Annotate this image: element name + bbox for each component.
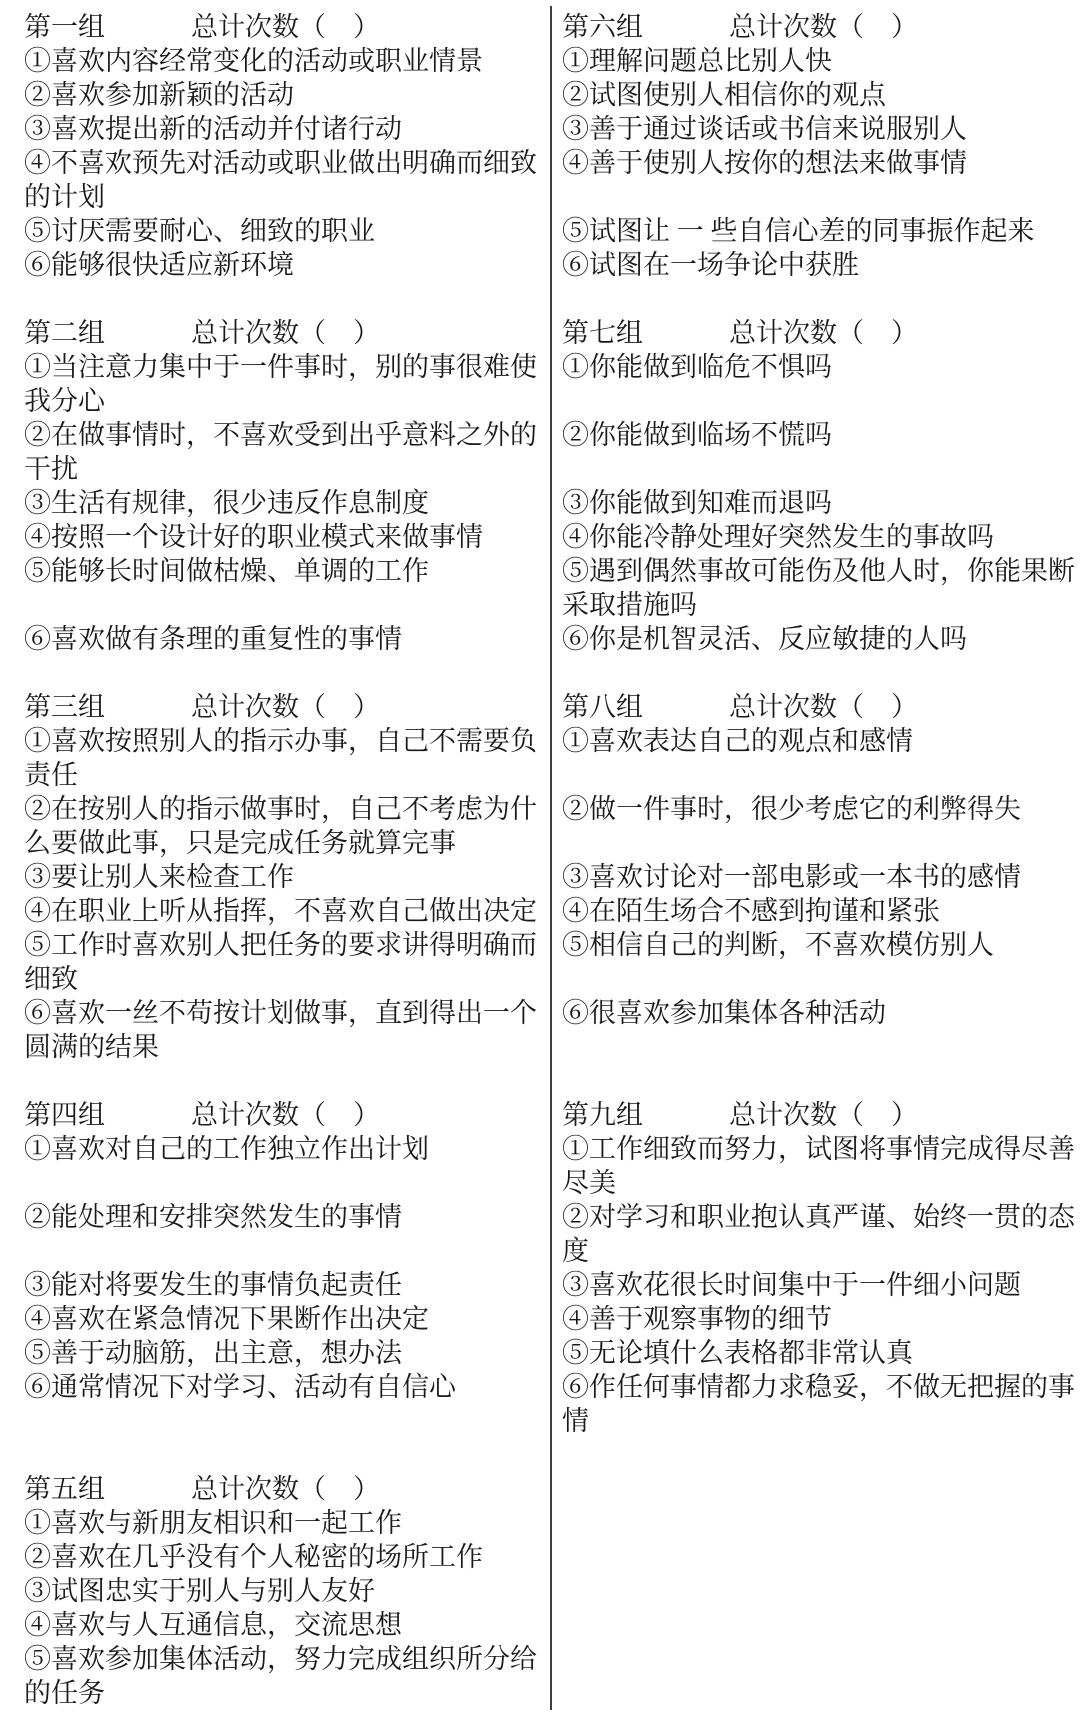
- item-number: ⑥: [24, 1372, 51, 1402]
- item-number: ④: [24, 1304, 51, 1334]
- item-text: 遇到偶然事故可能伤及他人时，你能果断采取措施吗: [562, 556, 1075, 620]
- item-row: ⑤善于动脑筋，出主意，想办法: [24, 1336, 540, 1370]
- item-text: 喜欢一丝不苟按计划做事，直到得出一个圆满的结果: [24, 998, 537, 1062]
- item-row: ①喜欢表达自己的观点和感情: [562, 724, 1078, 758]
- column-left: 第一组总计次数（ ）①喜欢内容经常变化的活动或职业情景②喜欢参加新颖的活动③喜欢…: [24, 10, 540, 1710]
- item-text: 很喜欢参加集体各种活动: [589, 998, 886, 1028]
- question-group: 第三组总计次数（ ）①喜欢按照别人的指示办事，自己不需要负责任②在按别人的指示做…: [24, 690, 540, 1064]
- item-text: 在按别人的指示做事时，自己不考虑为什么要做此事，只是完成任务就算完事: [24, 794, 537, 858]
- item-row: ③能对将要发生的事情负起责任: [24, 1268, 540, 1302]
- item-row: ②试图使别人相信你的观点: [562, 78, 1078, 112]
- item-row: ④在陌生场合不感到拘谨和紧张: [562, 894, 1078, 928]
- item-text: 能够很快适应新环境: [51, 250, 294, 280]
- item-number: ③: [562, 114, 589, 144]
- item-number: ⑤: [562, 216, 589, 246]
- item-number: ③: [24, 862, 51, 892]
- total-count-label: 总计次数（ ）: [729, 318, 918, 348]
- item-row: ⑥试图在一场争论中获胜: [562, 248, 1078, 282]
- item-row: ⑤遇到偶然事故可能伤及他人时，你能果断采取措施吗: [562, 554, 1078, 622]
- item-text: 对学习和职业抱认真严谨、始终一贯的态度: [562, 1202, 1075, 1266]
- item-number: ⑥: [24, 624, 51, 654]
- item-text: 试图使别人相信你的观点: [589, 80, 886, 110]
- item-row: ③试图忠实于别人与别人友好: [24, 1574, 540, 1608]
- item-text: 能对将要发生的事情负起责任: [51, 1270, 402, 1300]
- item-text: 生活有规律，很少违反作息制度: [51, 488, 429, 518]
- item-number: ⑤: [562, 1338, 589, 1368]
- item-number: ②: [24, 1202, 51, 1232]
- item-number: ①: [24, 726, 51, 756]
- item-number: ②: [562, 794, 589, 824]
- item-row: ②能处理和安排突然发生的事情: [24, 1200, 540, 1234]
- item-text: 喜欢参加新颖的活动: [51, 80, 294, 110]
- total-count-label: 总计次数（ ）: [191, 12, 380, 42]
- item-row: ②在做事情时，不喜欢受到出乎意料之外的干扰: [24, 418, 540, 486]
- item-text: 能处理和安排突然发生的事情: [51, 1202, 402, 1232]
- item-number: ②: [24, 794, 51, 824]
- total-count-label: 总计次数（ ）: [191, 1100, 380, 1130]
- item-row: ④按照一个设计好的职业模式来做事情: [24, 520, 540, 554]
- question-group: 第四组总计次数（ ）①喜欢对自己的工作独立作出计划②能处理和安排突然发生的事情③…: [24, 1098, 540, 1404]
- item-row: ⑤工作时喜欢别人把任务的要求讲得明确而细致: [24, 928, 540, 996]
- item-text: 喜欢对自己的工作独立作出计划: [51, 1134, 429, 1164]
- item-text: 做一件事时，很少考虑它的利弊得失: [589, 794, 1021, 824]
- group-header: 第四组总计次数（ ）: [24, 1098, 540, 1132]
- question-group: 第六组总计次数（ ）①理解问题总比别人快②试图使别人相信你的观点③善于通过谈话或…: [562, 10, 1078, 282]
- total-count-label: 总计次数（ ）: [729, 12, 918, 42]
- item-number: ③: [24, 1270, 51, 1300]
- item-text: 喜欢在紧急情况下果断作出决定: [51, 1304, 429, 1334]
- item-number: ⑤: [24, 216, 51, 246]
- item-row: ⑤试图让 一 些自信心差的同事振作起来: [562, 214, 1078, 248]
- item-row: ②做一件事时，很少考虑它的利弊得失: [562, 792, 1078, 826]
- question-group: 第一组总计次数（ ）①喜欢内容经常变化的活动或职业情景②喜欢参加新颖的活动③喜欢…: [24, 10, 540, 282]
- item-row: ④不喜欢预先对活动或职业做出明确而细致的计划: [24, 146, 540, 214]
- item-text: 在职业上听从指挥，不喜欢自己做出决定: [51, 896, 537, 926]
- item-text: 喜欢与新朋友相识和一起工作: [51, 1508, 402, 1538]
- item-number: ②: [24, 1542, 51, 1572]
- item-number: ①: [562, 352, 589, 382]
- item-number: ④: [24, 1610, 51, 1640]
- item-number: ④: [562, 148, 589, 178]
- item-number: ④: [562, 896, 589, 926]
- item-row: ③生活有规律，很少违反作息制度: [24, 486, 540, 520]
- item-text: 喜欢表达自己的观点和感情: [589, 726, 913, 756]
- item-row: ⑤相信自己的判断，不喜欢模仿别人: [562, 928, 1078, 962]
- total-count-label: 总计次数（ ）: [729, 1100, 918, 1130]
- item-number: ①: [562, 46, 589, 76]
- item-number: ④: [562, 522, 589, 552]
- item-number: ①: [24, 1134, 51, 1164]
- item-number: ④: [24, 148, 51, 178]
- question-group: 第五组总计次数（ ）①喜欢与新朋友相识和一起工作②喜欢在几乎没有个人秘密的场所工…: [24, 1472, 540, 1710]
- item-row: ③你能做到知难而退吗: [562, 486, 1078, 520]
- item-row: ③要让别人来检查工作: [24, 860, 540, 894]
- item-text: 相信自己的判断，不喜欢模仿别人: [589, 930, 994, 960]
- item-text: 喜欢讨论对一部电影或一本书的感情: [589, 862, 1021, 892]
- group-title: 第五组: [24, 1472, 191, 1506]
- item-row: ⑥通常情况下对学习、活动有自信心: [24, 1370, 540, 1404]
- item-row: ②喜欢参加新颖的活动: [24, 78, 540, 112]
- item-number: ③: [24, 1576, 51, 1606]
- item-row: ①喜欢对自己的工作独立作出计划: [24, 1132, 540, 1166]
- column-right: 第六组总计次数（ ）①理解问题总比别人快②试图使别人相信你的观点③善于通过谈话或…: [562, 10, 1078, 1438]
- item-text: 工作时喜欢别人把任务的要求讲得明确而细致: [24, 930, 537, 994]
- item-number: ③: [562, 1270, 589, 1300]
- item-row: ①喜欢按照别人的指示办事，自己不需要负责任: [24, 724, 540, 792]
- question-group: 第九组总计次数（ ）①工作细致而努力，试图将事情完成得尽善尽美②对学习和职业抱认…: [562, 1098, 1078, 1438]
- item-row: ④你能冷静处理好突然发生的事故吗: [562, 520, 1078, 554]
- group-header: 第七组总计次数（ ）: [562, 316, 1078, 350]
- item-row: ①喜欢内容经常变化的活动或职业情景: [24, 44, 540, 78]
- group-header: 第二组总计次数（ ）: [24, 316, 540, 350]
- item-row: ⑤无论填什么表格都非常认真: [562, 1336, 1078, 1370]
- item-number: ⑥: [562, 1372, 589, 1402]
- item-row: ⑥很喜欢参加集体各种活动: [562, 996, 1078, 1030]
- item-text: 喜欢按照别人的指示办事，自己不需要负责任: [24, 726, 537, 790]
- item-text: 喜欢花很长时间集中于一件细小问题: [589, 1270, 1021, 1300]
- item-text: 善于使别人按你的想法来做事情: [589, 148, 967, 178]
- item-text: 喜欢与人互通信息，交流思想: [51, 1610, 402, 1640]
- questionnaire-page: 第一组总计次数（ ）①喜欢内容经常变化的活动或职业情景②喜欢参加新颖的活动③喜欢…: [0, 0, 1080, 1724]
- total-count-label: 总计次数（ ）: [729, 692, 918, 722]
- item-number: ⑤: [24, 1644, 51, 1674]
- item-row: ①喜欢与新朋友相识和一起工作: [24, 1506, 540, 1540]
- total-count-label: 总计次数（ ）: [191, 692, 380, 722]
- group-title: 第二组: [24, 316, 191, 350]
- item-text: 理解问题总比别人快: [589, 46, 832, 76]
- item-text: 工作细致而努力，试图将事情完成得尽善尽美: [562, 1134, 1075, 1198]
- item-text: 善于观察事物的细节: [589, 1304, 832, 1334]
- item-text: 你能做到临危不惧吗: [589, 352, 832, 382]
- item-row: ④喜欢与人互通信息，交流思想: [24, 1608, 540, 1642]
- item-text: 作任何事情都力求稳妥，不做无把握的事情: [562, 1372, 1075, 1436]
- item-text: 你是机智灵活、反应敏捷的人吗: [589, 624, 967, 654]
- item-number: ⑥: [24, 250, 51, 280]
- item-row: ①当注意力集中于一件事时，别的事很难使我分心: [24, 350, 540, 418]
- item-number: ③: [562, 488, 589, 518]
- item-number: ⑥: [24, 998, 51, 1028]
- item-row: ②在按别人的指示做事时，自己不考虑为什么要做此事，只是完成任务就算完事: [24, 792, 540, 860]
- item-number: ⑥: [562, 998, 589, 1028]
- item-text: 喜欢提出新的活动并付诸行动: [51, 114, 402, 144]
- item-text: 能够长时间做枯燥、单调的工作: [51, 556, 429, 586]
- item-number: ⑥: [562, 624, 589, 654]
- item-number: ④: [24, 522, 51, 552]
- item-row: ③喜欢讨论对一部电影或一本书的感情: [562, 860, 1078, 894]
- item-text: 不喜欢预先对活动或职业做出明确而细致的计划: [24, 148, 537, 212]
- item-text: 试图让 一 些自信心差的同事振作起来: [589, 216, 1035, 246]
- item-text: 喜欢做有条理的重复性的事情: [51, 624, 402, 654]
- item-row: ⑥作任何事情都力求稳妥，不做无把握的事情: [562, 1370, 1078, 1438]
- item-row: ⑤喜欢参加集体活动，努力完成组织所分给的任务: [24, 1642, 540, 1710]
- item-number: ③: [24, 114, 51, 144]
- item-text: 要让别人来检查工作: [51, 862, 294, 892]
- item-number: ⑥: [562, 250, 589, 280]
- item-text: 通常情况下对学习、活动有自信心: [51, 1372, 456, 1402]
- item-text: 在做事情时，不喜欢受到出乎意料之外的干扰: [24, 420, 537, 484]
- group-title: 第六组: [562, 10, 729, 44]
- group-title: 第三组: [24, 690, 191, 724]
- item-text: 试图忠实于别人与别人友好: [51, 1576, 375, 1606]
- item-row: ④在职业上听从指挥，不喜欢自己做出决定: [24, 894, 540, 928]
- item-text: 讨厌需要耐心、细致的职业: [51, 216, 375, 246]
- item-text: 喜欢在几乎没有个人秘密的场所工作: [51, 1542, 483, 1572]
- item-row: ②对学习和职业抱认真严谨、始终一贯的态度: [562, 1200, 1078, 1268]
- item-row: ⑥喜欢做有条理的重复性的事情: [24, 622, 540, 656]
- item-number: ①: [24, 352, 51, 382]
- question-group: 第七组总计次数（ ）①你能做到临危不惧吗②你能做到临场不慌吗③你能做到知难而退吗…: [562, 316, 1078, 656]
- item-number: ①: [562, 726, 589, 756]
- item-number: ②: [24, 420, 51, 450]
- column-divider: [550, 6, 552, 1710]
- item-number: ⑤: [24, 930, 51, 960]
- item-text: 试图在一场争论中获胜: [589, 250, 859, 280]
- item-number: ②: [562, 80, 589, 110]
- item-text: 善于通过谈话或书信来说服别人: [589, 114, 967, 144]
- item-row: ⑤能够长时间做枯燥、单调的工作: [24, 554, 540, 588]
- item-text: 当注意力集中于一件事时，别的事很难使我分心: [24, 352, 537, 416]
- item-number: ⑤: [562, 930, 589, 960]
- group-title: 第一组: [24, 10, 191, 44]
- item-number: ①: [562, 1134, 589, 1164]
- item-number: ②: [562, 1202, 589, 1232]
- total-count-label: 总计次数（ ）: [191, 1474, 380, 1504]
- item-number: ②: [562, 420, 589, 450]
- item-number: ③: [24, 488, 51, 518]
- group-header: 第六组总计次数（ ）: [562, 10, 1078, 44]
- item-number: ④: [562, 1304, 589, 1334]
- item-row: ②喜欢在几乎没有个人秘密的场所工作: [24, 1540, 540, 1574]
- item-row: ⑥喜欢一丝不苟按计划做事，直到得出一个圆满的结果: [24, 996, 540, 1064]
- item-number: ⑤: [24, 1338, 51, 1368]
- item-text: 喜欢内容经常变化的活动或职业情景: [51, 46, 483, 76]
- item-row: ①理解问题总比别人快: [562, 44, 1078, 78]
- group-header: 第九组总计次数（ ）: [562, 1098, 1078, 1132]
- group-title: 第八组: [562, 690, 729, 724]
- item-number: ①: [24, 1508, 51, 1538]
- group-header: 第五组总计次数（ ）: [24, 1472, 540, 1506]
- item-row: ⑥能够很快适应新环境: [24, 248, 540, 282]
- item-text: 你能冷静处理好突然发生的事故吗: [589, 522, 994, 552]
- item-row: ①工作细致而努力，试图将事情完成得尽善尽美: [562, 1132, 1078, 1200]
- item-text: 喜欢参加集体活动，努力完成组织所分给的任务: [24, 1644, 537, 1708]
- item-number: ①: [24, 46, 51, 76]
- item-number: ④: [24, 896, 51, 926]
- group-header: 第三组总计次数（ ）: [24, 690, 540, 724]
- item-row: ④喜欢在紧急情况下果断作出决定: [24, 1302, 540, 1336]
- item-text: 在陌生场合不感到拘谨和紧张: [589, 896, 940, 926]
- item-text: 你能做到临场不慌吗: [589, 420, 832, 450]
- item-text: 你能做到知难而退吗: [589, 488, 832, 518]
- group-header: 第一组总计次数（ ）: [24, 10, 540, 44]
- item-row: ④善于使别人按你的想法来做事情: [562, 146, 1078, 180]
- item-row: ②你能做到临场不慌吗: [562, 418, 1078, 452]
- item-row: ④善于观察事物的细节: [562, 1302, 1078, 1336]
- item-row: ③喜欢提出新的活动并付诸行动: [24, 112, 540, 146]
- item-text: 善于动脑筋，出主意，想办法: [51, 1338, 402, 1368]
- item-row: ③善于通过谈话或书信来说服别人: [562, 112, 1078, 146]
- item-text: 按照一个设计好的职业模式来做事情: [51, 522, 483, 552]
- group-title: 第九组: [562, 1098, 729, 1132]
- item-number: ③: [562, 862, 589, 892]
- item-text: 无论填什么表格都非常认真: [589, 1338, 913, 1368]
- question-group: 第二组总计次数（ ）①当注意力集中于一件事时，别的事很难使我分心②在做事情时，不…: [24, 316, 540, 656]
- item-row: ①你能做到临危不惧吗: [562, 350, 1078, 384]
- group-header: 第八组总计次数（ ）: [562, 690, 1078, 724]
- group-title: 第四组: [24, 1098, 191, 1132]
- item-row: ⑥你是机智灵活、反应敏捷的人吗: [562, 622, 1078, 656]
- question-group: 第八组总计次数（ ）①喜欢表达自己的观点和感情②做一件事时，很少考虑它的利弊得失…: [562, 690, 1078, 1030]
- total-count-label: 总计次数（ ）: [191, 318, 380, 348]
- item-number: ⑤: [562, 556, 589, 586]
- group-title: 第七组: [562, 316, 729, 350]
- item-number: ②: [24, 80, 51, 110]
- item-row: ⑤讨厌需要耐心、细致的职业: [24, 214, 540, 248]
- item-number: ⑤: [24, 556, 51, 586]
- item-row: ③喜欢花很长时间集中于一件细小问题: [562, 1268, 1078, 1302]
